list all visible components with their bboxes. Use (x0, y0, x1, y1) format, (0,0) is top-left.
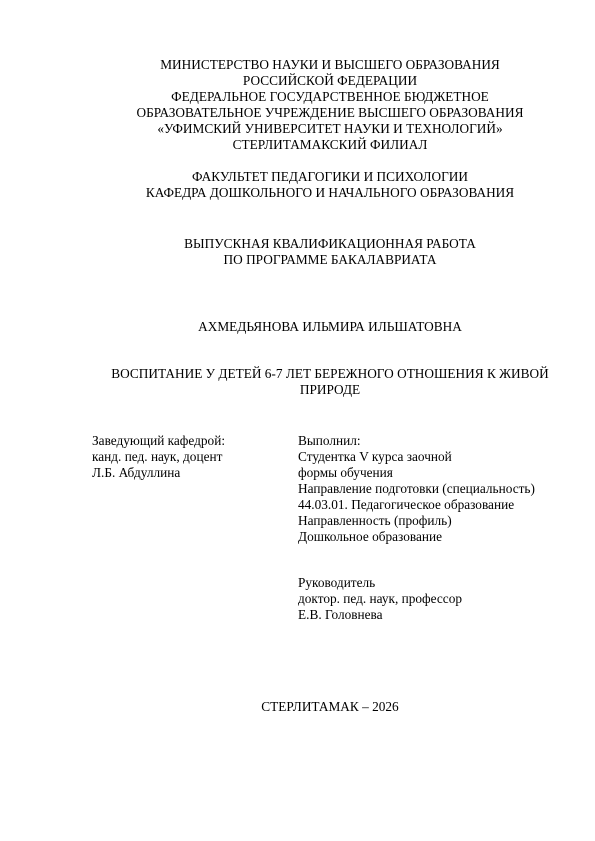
topic-line-1: ВОСПИТАНИЕ У ДЕТЕЙ 6-7 ЛЕТ БЕРЕЖНОГО ОТН… (60, 366, 595, 382)
supervisor-label: Руководитель (298, 575, 462, 591)
performer-direction-label: Направление подготовки (специальность) (298, 481, 535, 497)
performer-block: Выполнил: Студентка V курса заочной форм… (298, 433, 535, 545)
city-year: СТЕРЛИТАМАК – 2026 (60, 699, 595, 715)
performer-course: Студентка V курса заочной (298, 449, 535, 465)
performer-study-form: формы обучения (298, 465, 535, 481)
work-type-line-2: ПО ПРОГРАММЕ БАКАЛАВРИАТА (60, 252, 595, 268)
header-line-university: «УФИМСКИЙ УНИВЕРСИТЕТ НАУКИ И ТЕХНОЛОГИЙ… (60, 121, 595, 137)
head-of-department-name: Л.Б. Абдуллина (92, 465, 225, 481)
supervisor-name: Е.В. Головнева (298, 607, 462, 623)
performer-profile-label: Направленность (профиль) (298, 513, 535, 529)
author-block: АХМЕДЬЯНОВА ИЛЬМИРА ИЛЬШАТОВНА (60, 319, 595, 335)
header-line-federal: ФЕДЕРАЛЬНОЕ ГОСУДАРСТВЕННОЕ БЮДЖЕТНОЕ (60, 89, 595, 105)
performer-profile-value: Дошкольное образование (298, 529, 535, 545)
city-year-footer: СТЕРЛИТАМАК – 2026 (60, 699, 595, 715)
author-name: АХМЕДЬЯНОВА ИЛЬМИРА ИЛЬШАТОВНА (60, 319, 595, 335)
supervisor-block: Руководитель доктор. пед. наук, профессо… (298, 575, 462, 623)
performer-direction-value: 44.03.01. Педагогическое образование (298, 497, 535, 513)
supervisor-degree: доктор. пед. наук, профессор (298, 591, 462, 607)
thesis-topic: ВОСПИТАНИЕ У ДЕТЕЙ 6-7 ЛЕТ БЕРЕЖНОГО ОТН… (60, 366, 595, 398)
institution-header: МИНИСТЕРСТВО НАУКИ И ВЫСШЕГО ОБРАЗОВАНИЯ… (60, 57, 595, 153)
head-of-department-degree: канд. пед. наук, доцент (92, 449, 225, 465)
topic-line-2: ПРИРОДЕ (60, 382, 595, 398)
department-name: КАФЕДРА ДОШКОЛЬНОГО И НАЧАЛЬНОГО ОБРАЗОВ… (60, 185, 595, 201)
header-line-country: РОССИЙСКОЙ ФЕДЕРАЦИИ (60, 73, 595, 89)
head-of-department-block: Заведующий кафедрой: канд. пед. наук, до… (92, 433, 225, 481)
faculty-block: ФАКУЛЬТЕТ ПЕДАГОГИКИ И ПСИХОЛОГИИ КАФЕДР… (60, 169, 595, 201)
faculty-name: ФАКУЛЬТЕТ ПЕДАГОГИКИ И ПСИХОЛОГИИ (60, 169, 595, 185)
head-of-department-label: Заведующий кафедрой: (92, 433, 225, 449)
work-type-block: ВЫПУСКНАЯ КВАЛИФИКАЦИОННАЯ РАБОТА ПО ПРО… (60, 236, 595, 268)
performer-label: Выполнил: (298, 433, 535, 449)
header-line-institution-type: ОБРАЗОВАТЕЛЬНОЕ УЧРЕЖДЕНИЕ ВЫСШЕГО ОБРАЗ… (60, 105, 595, 121)
header-line-branch: СТЕРЛИТАМАКСКИЙ ФИЛИАЛ (60, 137, 595, 153)
header-line-ministry: МИНИСТЕРСТВО НАУКИ И ВЫСШЕГО ОБРАЗОВАНИЯ (60, 57, 595, 73)
work-type-line-1: ВЫПУСКНАЯ КВАЛИФИКАЦИОННАЯ РАБОТА (60, 236, 595, 252)
